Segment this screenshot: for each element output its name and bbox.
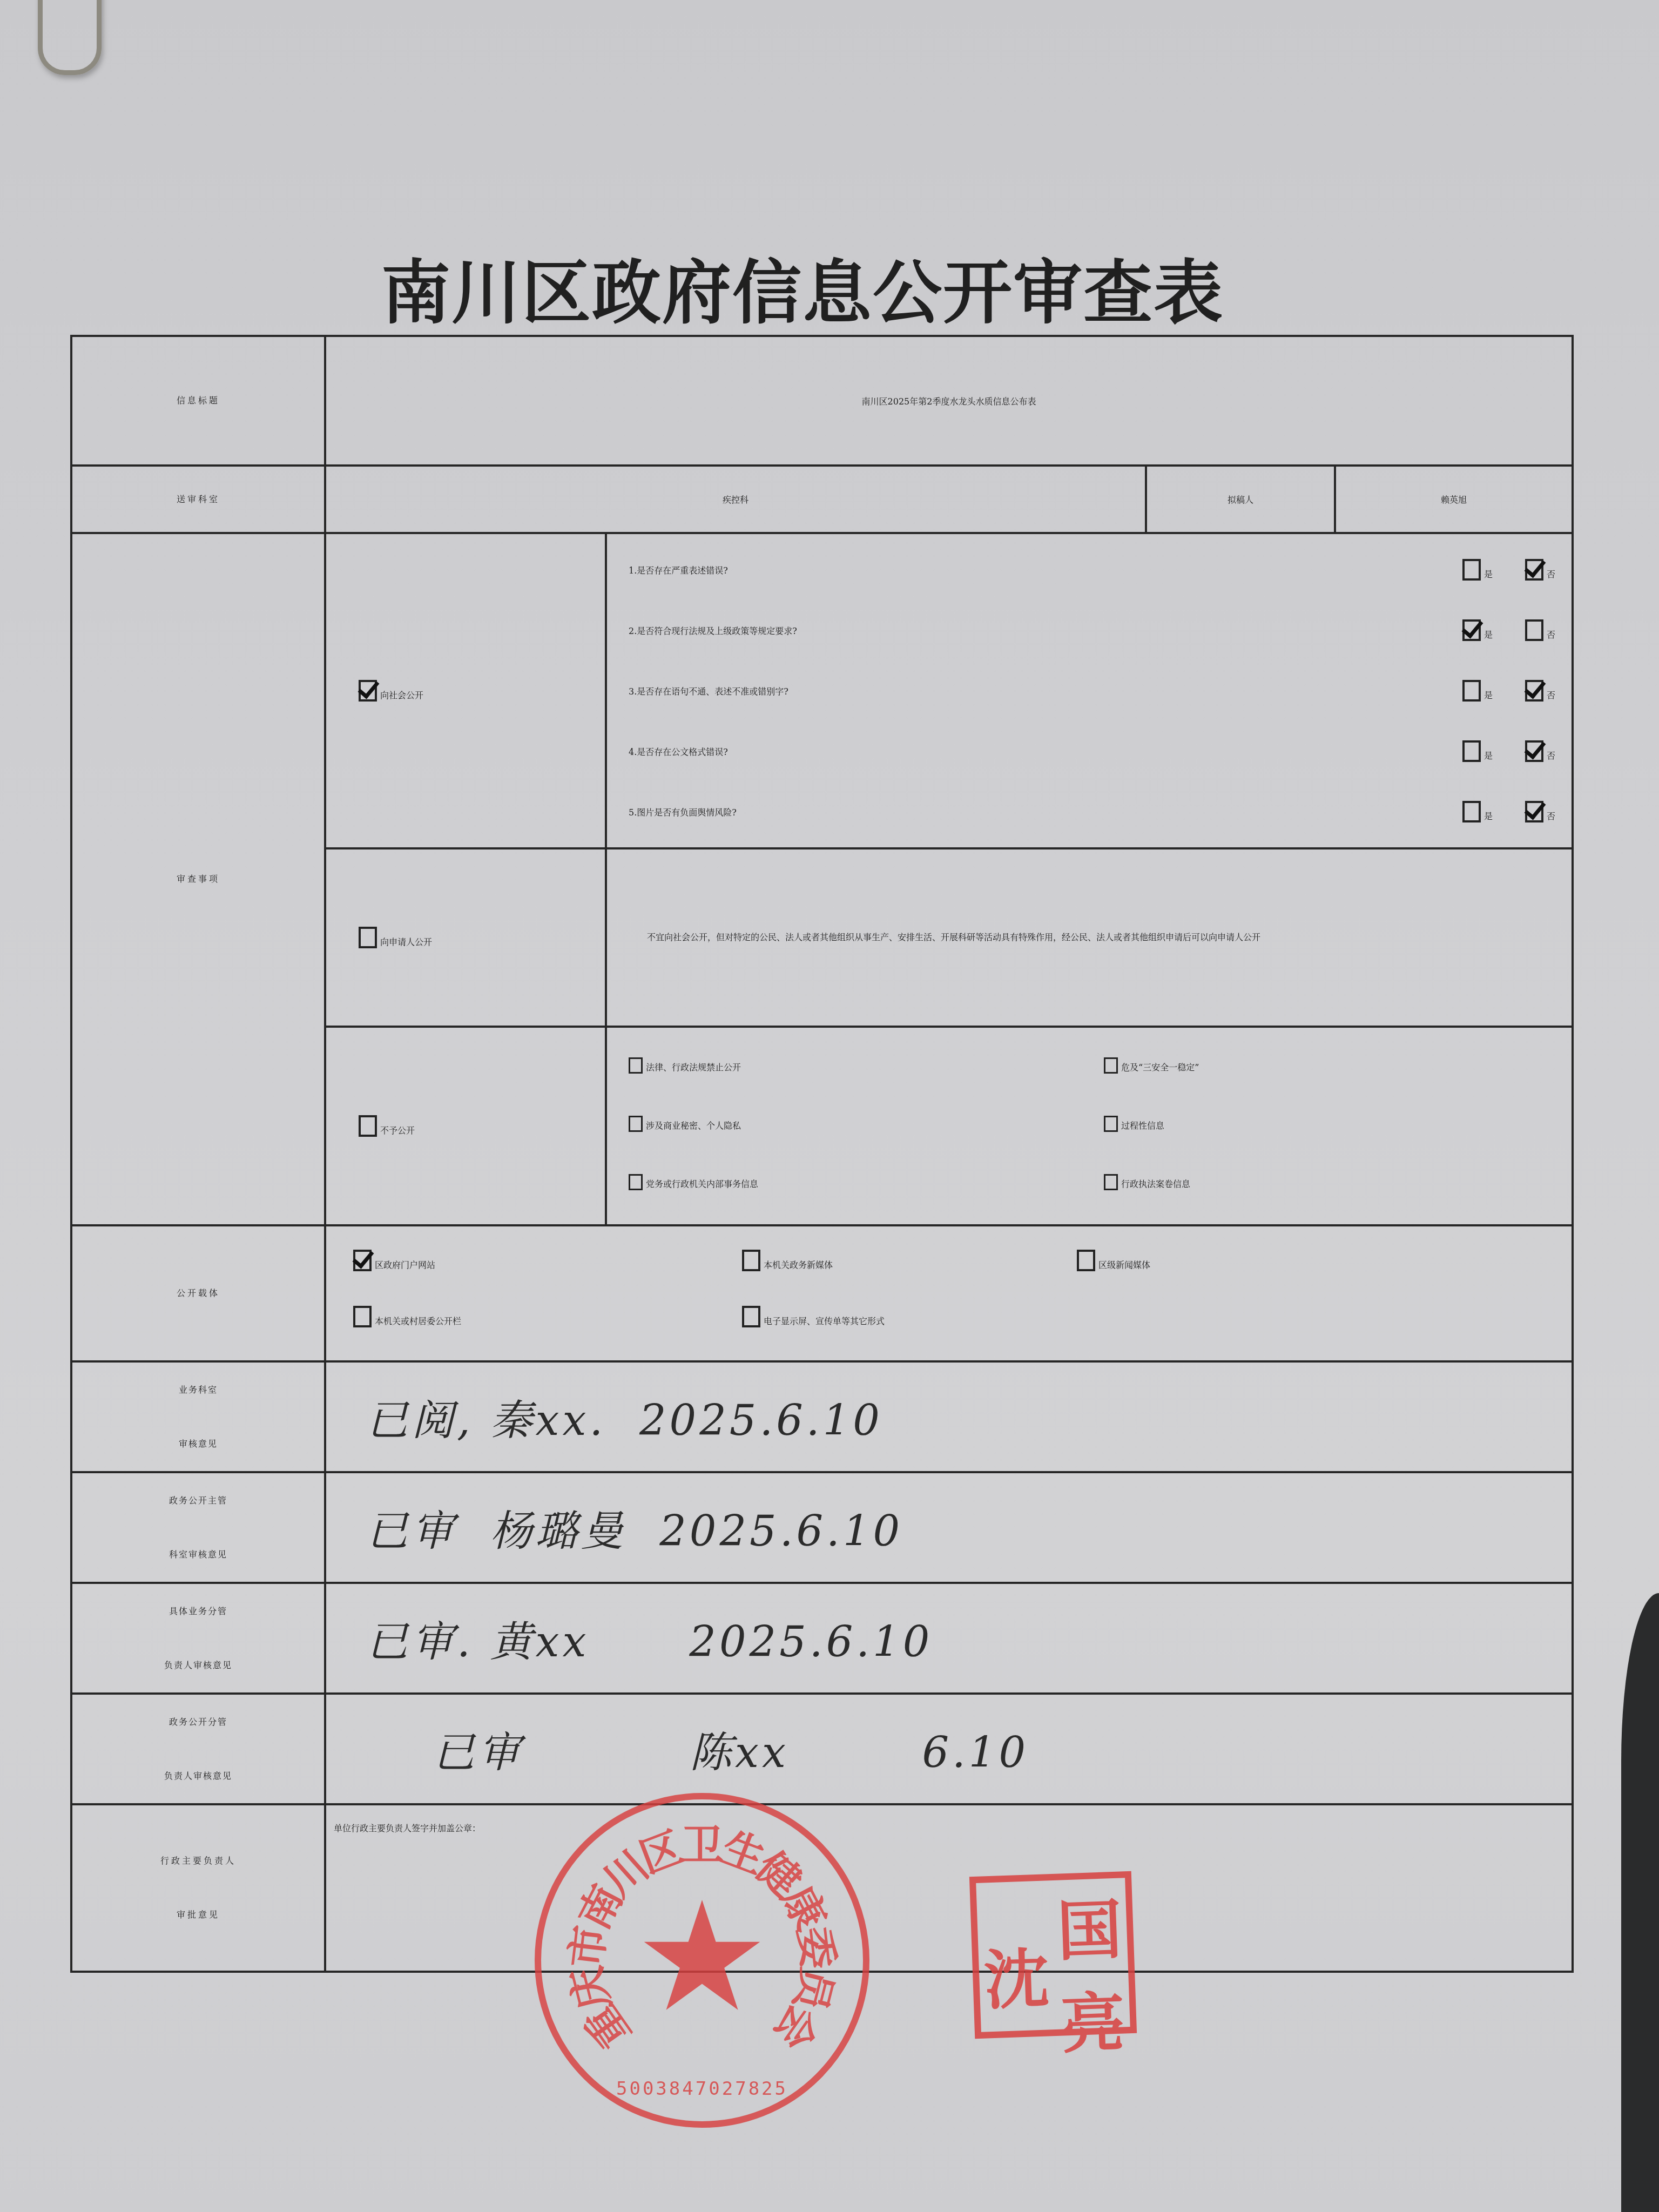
opinion-signature-field[interactable]: 已审. 黄xx 2025.6.10 <box>325 1583 1573 1694</box>
opinion-row: 政务公开分管负责人审核意见 已审 陈xx 6.10 <box>71 1694 1573 1804</box>
withheld-reason[interactable]: 危及“三安全一稳定” <box>1104 1038 1644 1097</box>
seal-star-icon: ★ <box>634 1881 770 2033</box>
question-list: 1.是否存在严重表述错误?是否2.是否符合现行法规及上级政策等规定要求?是否3.… <box>606 533 1573 848</box>
opinion-row: 具体业务分管负责人审核意见已审. 黄xx 2025.6.10 <box>71 1583 1573 1694</box>
checkbox[interactable] <box>1462 801 1481 822</box>
opinion-row: 业务科室审核意见已阅, 秦xx. 2025.6.10 <box>71 1361 1573 1472</box>
opinion-row: 政务公开主管科室审核意见已审 杨璐曼 2025.6.10 <box>71 1472 1573 1583</box>
carrier-option[interactable]: 区级新闻媒体 <box>1077 1237 1455 1293</box>
withheld-reason[interactable]: 涉及商业秘密、个人隐私 <box>629 1097 1104 1155</box>
drafter-value: 赖英旭 <box>1335 466 1573 533</box>
option-withheld-label: 不予公开 <box>380 1125 415 1136</box>
handwritten-signature: 已审. 黄xx 2025.6.10 <box>334 1618 933 1667</box>
checkbox[interactable] <box>353 1306 372 1327</box>
carrier-option[interactable]: 本机关或村居委公开栏 <box>353 1293 742 1350</box>
checkbox[interactable] <box>1104 1116 1118 1132</box>
question-text: 1.是否存在严重表述错误? <box>629 564 728 576</box>
withheld-reasons: 法律、行政法规禁止公开危及“三安全一稳定”涉及商业秘密、个人隐私过程性信息党务或… <box>607 1028 1572 1224</box>
carrier-options: 区政府门户网站本机关政务新媒体区级新闻媒体本机关或村居委公开栏电子显示屏、宣传单… <box>326 1226 1572 1360</box>
answer-yes[interactable]: 是 <box>1462 569 1493 579</box>
checkbox[interactable] <box>742 1250 760 1271</box>
question-row: 1.是否存在严重表述错误?是否 <box>607 539 1572 600</box>
checkbox[interactable] <box>1525 801 1543 822</box>
withheld-reason[interactable]: 行政执法案卷信息 <box>1104 1155 1644 1213</box>
review-items-label: 审查事项 <box>71 533 325 1225</box>
dept-value: 疾控科 <box>325 466 1146 533</box>
checkbox[interactable] <box>1525 619 1543 641</box>
question-text: 2.是否符合现行法规及上级政策等规定要求? <box>629 624 797 637</box>
checkbox-applicant[interactable] <box>359 927 377 948</box>
opinion-label: 具体业务分管负责人审核意见 <box>71 1583 325 1694</box>
opinion-label: 政务公开主管科室审核意见 <box>71 1472 325 1583</box>
opinion-signature-field[interactable]: 已阅, 秦xx. 2025.6.10 <box>325 1361 1573 1472</box>
official-seal: 重庆市南川区卫生健康委员会 ★ 5003847027825 <box>535 1793 869 2128</box>
info-title-label: 信息标题 <box>71 336 325 466</box>
handwritten-signature: 已审 杨璐曼 2025.6.10 <box>334 1507 903 1556</box>
checkbox[interactable] <box>1462 740 1481 762</box>
answer-yes[interactable]: 是 <box>1462 630 1493 640</box>
paper-clip-icon <box>38 0 102 75</box>
carrier-label: 公开载体 <box>71 1225 325 1361</box>
option-public[interactable]: 向社会公开 <box>325 533 606 848</box>
checkbox[interactable] <box>629 1174 643 1190</box>
answer-no[interactable]: 否 <box>1525 690 1555 700</box>
background-edge <box>1621 1593 1659 2212</box>
checkbox[interactable] <box>353 1250 372 1271</box>
handwritten-signature: 已阅, 秦xx. 2025.6.10 <box>334 1397 883 1445</box>
name-seal: 沈 国 亮 <box>969 1871 1137 2039</box>
answer-yes[interactable]: 是 <box>1462 690 1493 700</box>
checkbox[interactable] <box>1462 559 1481 581</box>
question-text: 4.是否存在公文格式错误? <box>629 745 728 758</box>
seal-code: 5003847027825 <box>541 2078 863 2100</box>
carrier-option[interactable]: 本机关政务新媒体 <box>742 1237 1077 1293</box>
checkbox[interactable] <box>1462 680 1481 702</box>
carrier-option[interactable]: 区政府门户网站 <box>353 1237 742 1293</box>
final-approval-field[interactable]: 单位行政主要负责人签字并加盖公章： <box>325 1804 1573 1972</box>
withheld-reason[interactable]: 党务或行政机关内部事务信息 <box>629 1155 1104 1213</box>
checkbox-public[interactable] <box>359 680 377 702</box>
answer-yes[interactable]: 是 <box>1462 811 1493 821</box>
withheld-reason[interactable]: 法律、行政法规禁止公开 <box>629 1038 1104 1097</box>
checkbox[interactable] <box>1525 740 1543 762</box>
opinion-label: 业务科室审核意见 <box>71 1361 325 1472</box>
review-form: 信息标题 南川区2025年第2季度水龙头水质信息公布表 送审科室 疾控科 拟稿人… <box>70 335 1574 1973</box>
handwritten-signature: 已审 陈xx 6.10 <box>334 1729 1029 1777</box>
checkbox[interactable] <box>1525 680 1543 702</box>
checkbox-withheld[interactable] <box>359 1115 377 1137</box>
carrier-option[interactable]: 电子显示屏、宣传单等其它形式 <box>742 1293 1455 1350</box>
question-text: 5.图片是否有负面舆情风险? <box>629 806 737 818</box>
final-approval-instruction: 单位行政主要负责人签字并加盖公章： <box>334 1823 481 1833</box>
answer-no[interactable]: 否 <box>1525 630 1555 640</box>
checkbox[interactable] <box>629 1116 643 1132</box>
dept-label: 送审科室 <box>71 466 325 533</box>
answer-no[interactable]: 否 <box>1525 811 1555 821</box>
checkbox[interactable] <box>1077 1250 1095 1271</box>
opinion-signature-field[interactable]: 已审 陈xx 6.10 <box>325 1694 1573 1804</box>
checkbox[interactable] <box>742 1306 760 1327</box>
drafter-label: 拟稿人 <box>1146 466 1335 533</box>
opinion-signature-field[interactable]: 已审 杨璐曼 2025.6.10 <box>325 1472 1573 1583</box>
opinion-label: 政务公开分管负责人审核意见 <box>71 1694 325 1804</box>
question-row: 2.是否符合现行法规及上级政策等规定要求?是否 <box>607 600 1572 660</box>
answer-no[interactable]: 否 <box>1525 569 1555 579</box>
answer-no[interactable]: 否 <box>1525 751 1555 761</box>
question-row: 4.是否存在公文格式错误?是否 <box>607 721 1572 781</box>
option-public-label: 向社会公开 <box>380 690 423 700</box>
question-row: 5.图片是否有负面舆情风险?是否 <box>607 781 1572 842</box>
option-withheld[interactable]: 不予公开 <box>325 1027 606 1225</box>
final-approval-label: 行政主要负责人 审批意见 <box>71 1804 325 1972</box>
checkbox[interactable] <box>1525 559 1543 581</box>
applicant-description: 不宜向社会公开，但对特定的公民、法人或者其他组织从事生产、安排生活、开展科研等活… <box>606 848 1573 1027</box>
option-applicant-label: 向申请人公开 <box>380 937 432 947</box>
checkbox[interactable] <box>1104 1174 1118 1190</box>
question-row: 3.是否存在语句不通、表述不准或错别字?是否 <box>607 660 1572 721</box>
checkbox[interactable] <box>1462 619 1481 641</box>
option-applicant[interactable]: 向申请人公开 <box>325 848 606 1027</box>
form-title: 南川区政府信息公开审查表 <box>0 238 1659 337</box>
question-text: 3.是否存在语句不通、表述不准或错别字? <box>629 685 788 697</box>
answer-yes[interactable]: 是 <box>1462 751 1493 761</box>
checkbox[interactable] <box>1104 1057 1118 1074</box>
checkbox[interactable] <box>629 1057 643 1074</box>
withheld-reason[interactable]: 过程性信息 <box>1104 1097 1644 1155</box>
info-title-value: 南川区2025年第2季度水龙头水质信息公布表 <box>325 336 1573 466</box>
